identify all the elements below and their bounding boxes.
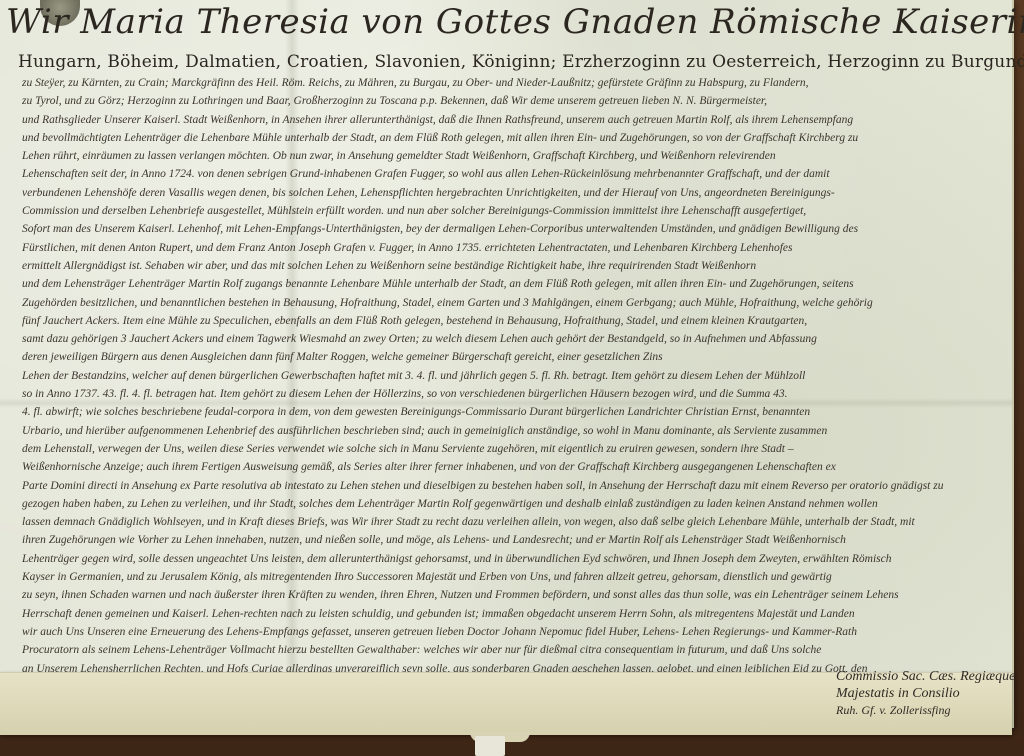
body-line: deren jeweiligen Bürgern aus denen Ausgl… <box>22 348 1012 366</box>
parchment-document: Wir Maria Theresia von Gottes Gnaden Röm… <box>0 0 1014 728</box>
document-title: Wir Maria Theresia von Gottes Gnaden Röm… <box>6 2 1006 42</box>
body-line: und bevollmächtigten Lehenträger die Leh… <box>22 129 1012 147</box>
body-line: Herrschaft denen gemeinen und Kaiserl. L… <box>22 605 1012 623</box>
body-line: Fürstlichen, mit denen Anton Rupert, und… <box>22 239 1012 257</box>
body-line: dem Lehenstall, verwegen der Uns, weilen… <box>22 440 1012 458</box>
body-line: so in Anno 1737. 43. fl. 4. fl. betragen… <box>22 385 1012 403</box>
body-line: verbundenen Lehenshöfe deren Vasallis we… <box>22 184 1012 202</box>
body-line: ihren Zugehörungen wie Vorher zu Lehen i… <box>22 531 1012 549</box>
body-line: und Rathsglieder Unserer Kaiserl. Stadt … <box>22 111 1012 129</box>
body-line: Kayser in Germanien, und zu Jerusalem Kö… <box>22 568 1012 586</box>
body-line: lassen demnach Gnädiglich Wohlseyen, und… <box>22 513 1012 531</box>
body-line: zu Steÿer, zu Kärnten, zu Crain; Marckgr… <box>22 74 1012 92</box>
signature-line-2: Majestatis in Consilio <box>836 685 1016 702</box>
body-line: Weißenhornische Anzeige; auch ihrem Fert… <box>22 458 1012 476</box>
signature-line-1: Commissio Sac. Cæs. Regiæque <box>836 668 1016 685</box>
body-line: samt dazu gehörigen 3 Jauchert Ackers un… <box>22 330 1012 348</box>
body-line: Lehenträger gegen wird, solle dessen ung… <box>22 550 1012 568</box>
body-line: Zugehörden besitzlichen, und benanntlich… <box>22 294 1012 312</box>
document-body: zu Steÿer, zu Kärnten, zu Crain; Marckgr… <box>22 74 1012 696</box>
ribbon-tag <box>475 736 505 756</box>
body-line: Lehen rührt, einräumen zu lassen verlang… <box>22 147 1012 165</box>
body-line: Lehen der Bestandzins, welcher auf denen… <box>22 367 1012 385</box>
signature-line-3: Ruh. Gf. v. Zollerissfing <box>836 702 1016 719</box>
body-line: Urbario, und hierüber aufgenommenen Lehe… <box>22 422 1012 440</box>
body-line: zu Tyrol, und zu Görz; Herzoginn zu Loth… <box>22 92 1012 110</box>
body-line: und dem Lehensträger Lehenträger Martin … <box>22 275 1012 293</box>
body-line: ermittelt Allergnädigst ist. Sehaben wir… <box>22 257 1012 275</box>
body-line: wir auch Uns Unseren eine Erneuerung des… <box>22 623 1012 641</box>
body-line: fünf Jauchert Ackers. Item eine Mühle zu… <box>22 312 1012 330</box>
body-line: Parte Domini directi in Ansehung ex Part… <box>22 477 1012 495</box>
body-line: 4. fl. abwirft; wie solches beschriebene… <box>22 403 1012 421</box>
body-line: Lehenschaften seit der, in Anno 1724. vo… <box>22 165 1012 183</box>
body-line: Commission und derselben Lehenbriefe aus… <box>22 202 1012 220</box>
body-line: Procuratorn als seinem Lehens-Lehenträge… <box>22 641 1012 659</box>
signature-block: Commissio Sac. Cæs. Regiæque Majestatis … <box>836 668 1016 719</box>
body-line: gezogen haben haben, zu Lehen zu verleih… <box>22 495 1012 513</box>
body-line: zu seyn, ihnen Schaden warnen und nach ä… <box>22 586 1012 604</box>
document-subtitle: Hungarn, Böheim, Dalmatien, Croatien, Sl… <box>18 52 1008 72</box>
body-line: Sofort man des Unserem Kaiserl. Lehenhof… <box>22 220 1012 238</box>
